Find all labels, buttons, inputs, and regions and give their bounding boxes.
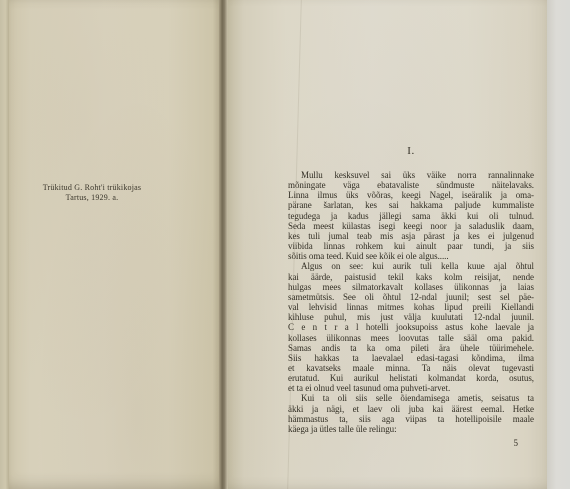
book-gutter — [219, 0, 228, 489]
printer-imprint: Trükitud G. Roht'i trükikojas Tartus, 19… — [21, 183, 163, 203]
text-line: äkki ja nägi, et laev oli juba kai ääres… — [288, 404, 534, 414]
text-line: pärane šarlatan, kes sai hakkama paljude… — [288, 200, 534, 210]
text-line: viibida linnas rohkem kui ainult paar tu… — [288, 241, 534, 251]
text-line: et kavatseks maale minna. Ta näis olevat… — [288, 363, 534, 373]
text-line: val lehvisid linnas mitmes kohas lipud p… — [288, 302, 534, 312]
text-line: hulgas mees silmatorkavalt kollases ülik… — [288, 282, 534, 292]
imprint-line: Trükitud G. Roht'i trükikojas — [21, 183, 163, 193]
text-line: mõningate väga ebatavaliste sündmuste nä… — [288, 180, 534, 190]
text-line: Seda meest külastas isegi keegi noor ja … — [288, 221, 534, 231]
page-edge-left — [0, 0, 9, 489]
text-line: kes tuli jumal teab mis asja pärast ja k… — [288, 231, 534, 241]
backdrop-strip — [547, 0, 570, 489]
text-line: Linna ilmus üks võõras, keegi Nagel, ise… — [288, 190, 534, 200]
right-page: I. Mullu kesksuvel sai üks väike norra r… — [228, 0, 547, 489]
chapter-heading: I. — [288, 146, 534, 157]
text-line: Samas andis ta ka oma pileti ära ühele t… — [288, 343, 534, 353]
text-line: et ta ei olnud veel tasunud oma puhveti-… — [288, 383, 534, 393]
text-line: Kui ta oli siis selle õiendamisega ameti… — [288, 393, 534, 403]
text-line: erutatud. Kui aurikul helistati kolmanda… — [288, 373, 534, 383]
text-line: Siis hakkas ta laevalael edasi-tagasi kõ… — [288, 353, 534, 363]
imprint-line: Tartus, 1929. a. — [21, 193, 163, 203]
paragraph: Mullu kesksuvel sai üks väike norra rann… — [288, 170, 534, 261]
open-book-photo: Trükitud G. Roht'i trükikojas Tartus, 19… — [0, 0, 570, 489]
page-text-block: I. Mullu kesksuvel sai üks väike norra r… — [288, 146, 534, 448]
left-page: Trükitud G. Roht'i trükikojas Tartus, 19… — [9, 0, 221, 489]
text-line: tegudega ja kadus jällegi sama äkki kui … — [288, 211, 534, 221]
text-line: kollases ülikonnas mees loovutas talle s… — [288, 333, 534, 343]
text-line: käega ja ütles talle üle relingu: — [288, 424, 534, 434]
paragraph: Kui ta oli siis selle õiendamisega ameti… — [288, 393, 534, 434]
text-line: hämmastus ta, siis aga viipas ta hotelli… — [288, 414, 534, 424]
text-line: Mullu kesksuvel sai üks väike norra rann… — [288, 170, 534, 180]
page-number: 5 — [288, 438, 534, 448]
text-line: sõitis oma teed. Kuid see kõik ei ole al… — [288, 251, 534, 261]
text-line: Algus on see: kui aurik tuli kella kuue … — [288, 261, 534, 271]
text-line: kai äärde, paistusid tekil kaks kolm rei… — [288, 272, 534, 282]
text-line: kihluse puhul, mis just välja kuulutati … — [288, 312, 534, 322]
text-line: C e n t r a l hotelli jooksupoiss astus … — [288, 322, 534, 332]
text-line: sametmütsis. See oli õhtul 12-ndal juuni… — [288, 292, 534, 302]
paragraph: Algus on see: kui aurik tuli kella kuue … — [288, 261, 534, 393]
